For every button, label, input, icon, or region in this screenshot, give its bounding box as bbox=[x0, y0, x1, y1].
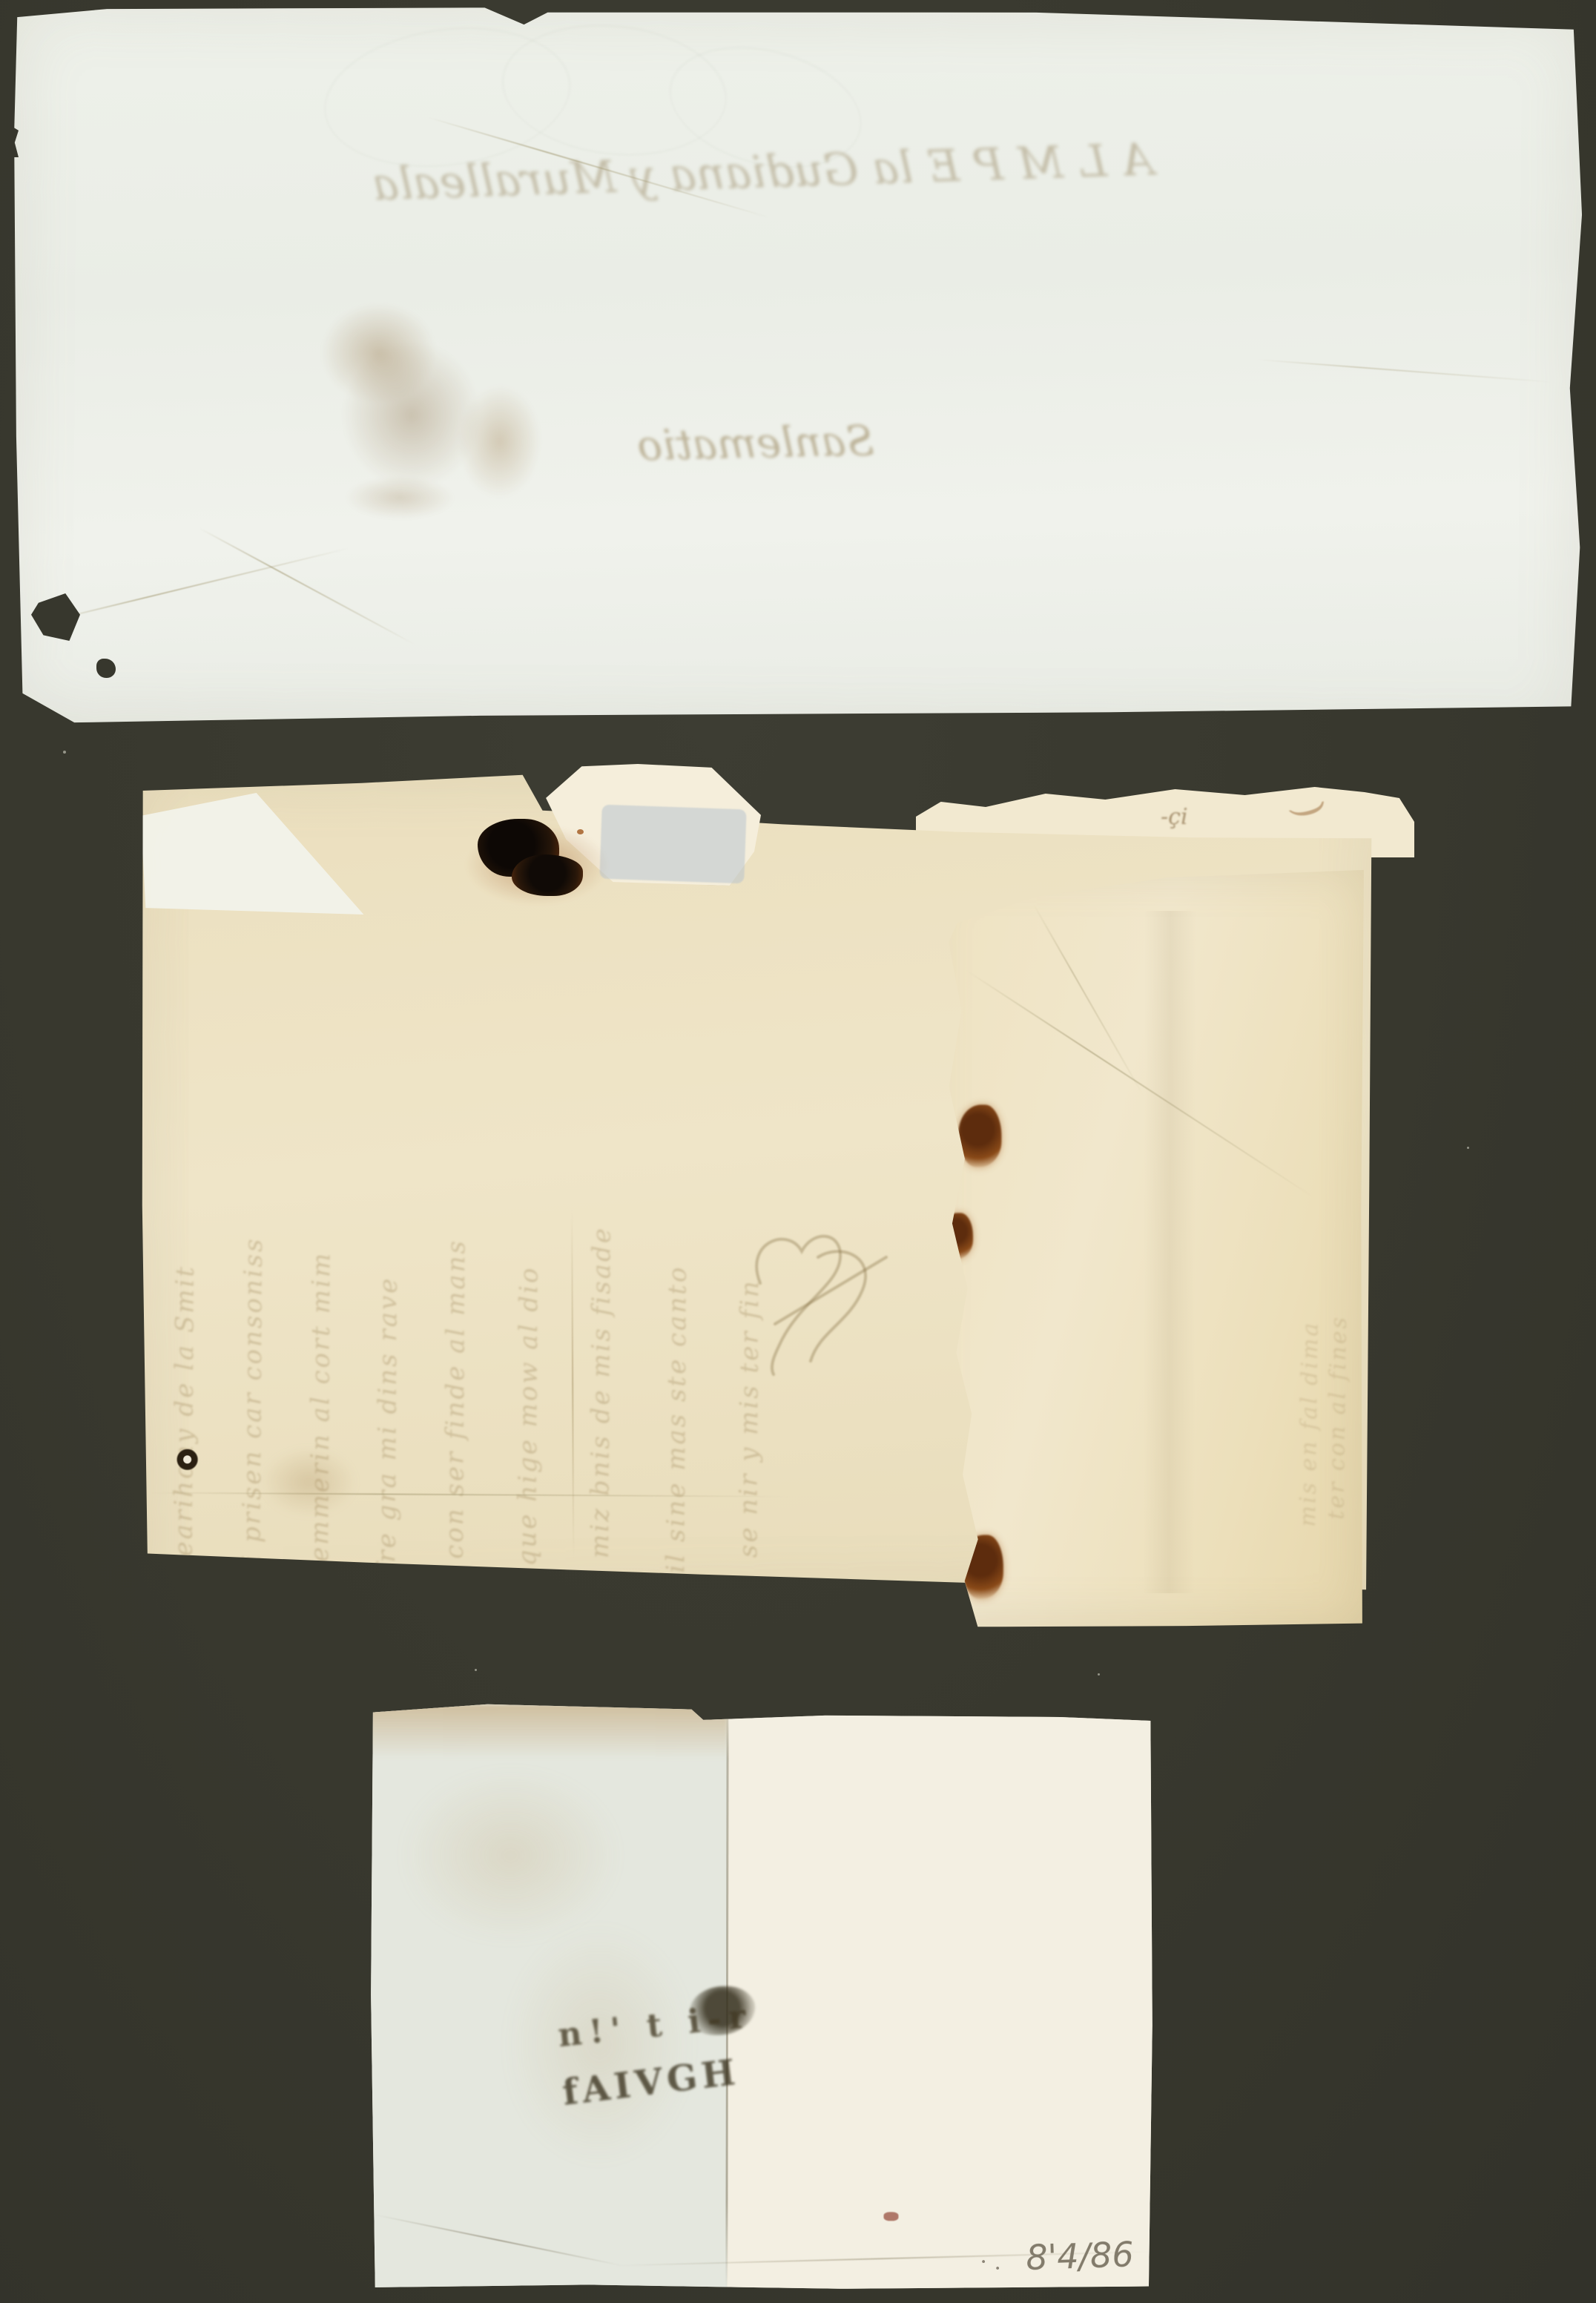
crease-line bbox=[39, 547, 349, 624]
seal-stain bbox=[295, 280, 573, 540]
ink-mark: ) bbox=[1286, 794, 1333, 827]
album-page: A L M P E la Gudiana y Muralleala Sanlem… bbox=[0, 0, 1596, 2303]
ghost-script-column: ter con al fines bbox=[1323, 1133, 1354, 1519]
wax-seal bbox=[466, 816, 614, 905]
ink-blot bbox=[690, 1986, 755, 2035]
stain-smudge bbox=[261, 1446, 357, 1518]
stain-blob bbox=[399, 1766, 621, 1945]
ghost-script-column: hearihony de la Smit bbox=[168, 1159, 200, 1575]
ink-mark: -çi bbox=[1161, 804, 1188, 830]
ink-flourish bbox=[731, 1213, 923, 1398]
fragment-right-half bbox=[727, 1710, 1154, 2291]
folded-corner bbox=[141, 792, 364, 917]
ghost-script-column: mis en fal dima bbox=[1295, 1111, 1326, 1526]
fold-shade bbox=[1143, 911, 1196, 1593]
bottom-fragment: n!' t i-r fAIVGH · . 8'4/86 bbox=[369, 1699, 1154, 2291]
ghost-script-column: con ser finde al mans bbox=[440, 1077, 472, 1559]
dust-speck bbox=[63, 751, 66, 754]
red-mark bbox=[883, 2212, 898, 2221]
ghost-script-column: mi prisen car consoniss bbox=[237, 1130, 269, 1589]
top-cover: A L M P E la Gudiana y Muralleala Sanlem… bbox=[8, 3, 1586, 736]
crease-line bbox=[1256, 359, 1552, 383]
wax-speck bbox=[577, 829, 584, 834]
stain-top-band bbox=[370, 1704, 728, 1759]
middle-letter-flap: mis en fal dima ter con al fines bbox=[920, 866, 1366, 1628]
crease-line bbox=[571, 1210, 574, 1558]
ghost-script-column: que hige mow al dio bbox=[512, 1121, 545, 1566]
wax-blob bbox=[512, 854, 583, 896]
crease-line bbox=[1032, 903, 1144, 1097]
paper-hole bbox=[96, 659, 116, 678]
postmark: n!' t i-r fAIVGH bbox=[558, 1985, 780, 2145]
tissue-patch bbox=[599, 805, 746, 884]
dust-speck bbox=[475, 1669, 477, 1671]
ghost-word: Sanlematio bbox=[637, 417, 875, 470]
paper-hole bbox=[177, 1449, 199, 1472]
ghost-script-column: fre gra mi dins rave bbox=[372, 1159, 403, 1574]
dust-speck bbox=[1467, 1147, 1469, 1149]
crease-line bbox=[199, 527, 415, 645]
ghost-script-column: miz bnis de mis fisade bbox=[585, 1098, 618, 1558]
rust-spot bbox=[958, 1104, 1001, 1167]
postmark-line2: fAIVGH bbox=[560, 2052, 742, 2114]
ghost-script-column: il sine mas ste canto bbox=[661, 1142, 693, 1572]
crease-line bbox=[966, 970, 1314, 1199]
dust-speck bbox=[1098, 1673, 1100, 1676]
